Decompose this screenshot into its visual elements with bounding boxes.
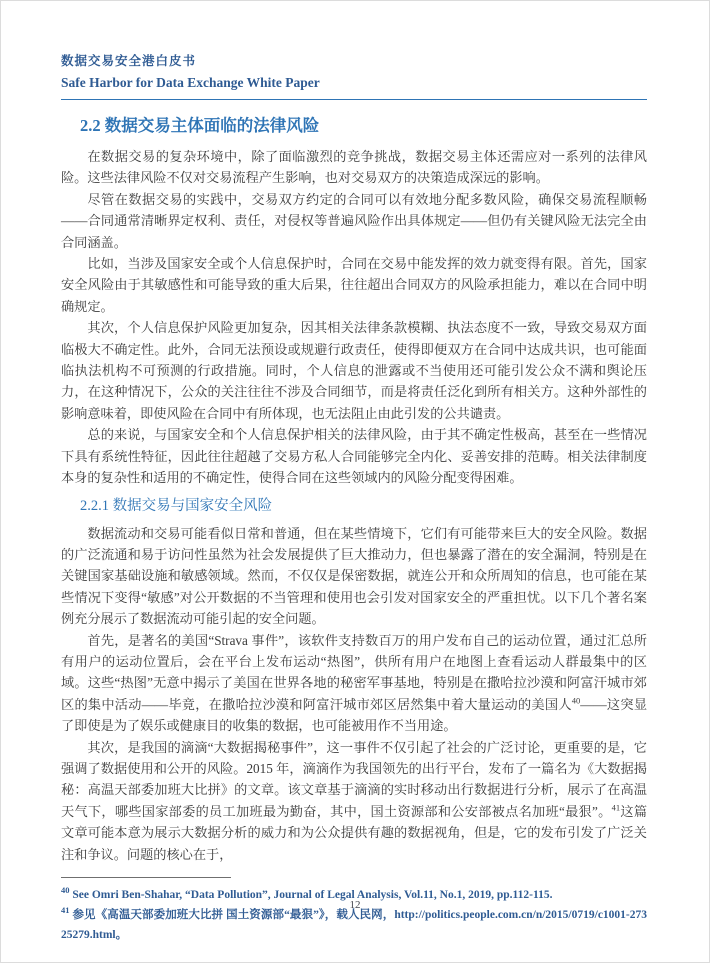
- footnotes-section: 40 See Omri Ben-Shahar, “Data Pollution”…: [61, 877, 647, 945]
- header-title-en: Safe Harbor for Data Exchange White Pape…: [61, 74, 647, 92]
- footnote-ref-40: 40: [572, 695, 581, 705]
- footnote-41-text: 参见《高温天部委加班大比拼 国土资源部“最狠”》，载人民网，http://pol…: [61, 909, 647, 941]
- header-title-zh: 数据交易安全港白皮书: [61, 53, 647, 70]
- paragraph-6: 数据流动和交易可能看似日常和普通，但在某些情境下，它们有可能带来巨大的安全风险。…: [61, 523, 647, 630]
- page-header: 数据交易安全港白皮书 Safe Harbor for Data Exchange…: [61, 53, 647, 100]
- paragraph-7: 首先，是著名的美国“Strava 事件”，该软件支持数百万的用户发布自己的运动位…: [61, 630, 647, 737]
- paragraph-2: 尽管在数据交易的实践中，交易双方约定的合同可以有效地分配多数风险，确保交易流程顺…: [61, 189, 647, 253]
- header-divider: [61, 99, 647, 100]
- footnote-41: 41 参见《高温天部委加班大比拼 国土资源部“最狠”》，载人民网，http://…: [61, 905, 647, 945]
- footnote-40-number: 40: [61, 885, 70, 895]
- section-heading-2-2: 2.2 数据交易主体面临的法律风险: [80, 115, 647, 137]
- page-number: 12: [1, 899, 709, 911]
- paragraph-1: 在数据交易的复杂环境中，除了面临激烈的竞争挑战，数据交易主体还需应对一系列的法律…: [61, 146, 647, 189]
- paragraph-8: 其次，是我国的滴滴“大数据揭秘事件”，这一事件不仅引起了社会的广泛讨论，更重要的…: [61, 737, 647, 865]
- document-page: 数据交易安全港白皮书 Safe Harbor for Data Exchange…: [0, 0, 710, 963]
- paragraph-5: 总的来说，与国家安全和个人信息保护相关的法律风险，由于其不确定性极高，甚至在一些…: [61, 424, 647, 488]
- paragraph-8-text: 其次，是我国的滴滴“大数据揭秘事件”，这一事件不仅引起了社会的广泛讨论，更重要的…: [61, 740, 647, 819]
- paragraph-4: 其次，个人信息保护风险更加复杂，因其相关法律条款模糊、执法态度不一致，导致交易双…: [61, 317, 647, 424]
- footnote-divider: [61, 877, 231, 878]
- paragraph-7-text: 首先，是著名的美国“Strava 事件”，该软件支持数百万的用户发布自己的运动位…: [61, 633, 647, 712]
- page-content: 数据交易安全港白皮书 Safe Harbor for Data Exchange…: [1, 1, 709, 945]
- footnote-ref-41: 41: [612, 802, 621, 812]
- paragraph-3: 比如，当涉及国家安全或个人信息保护时，合同在交易中能发挥的效力就变得有限。首先，…: [61, 253, 647, 317]
- section-heading-2-2-1: 2.2.1 数据交易与国家安全风险: [80, 496, 647, 516]
